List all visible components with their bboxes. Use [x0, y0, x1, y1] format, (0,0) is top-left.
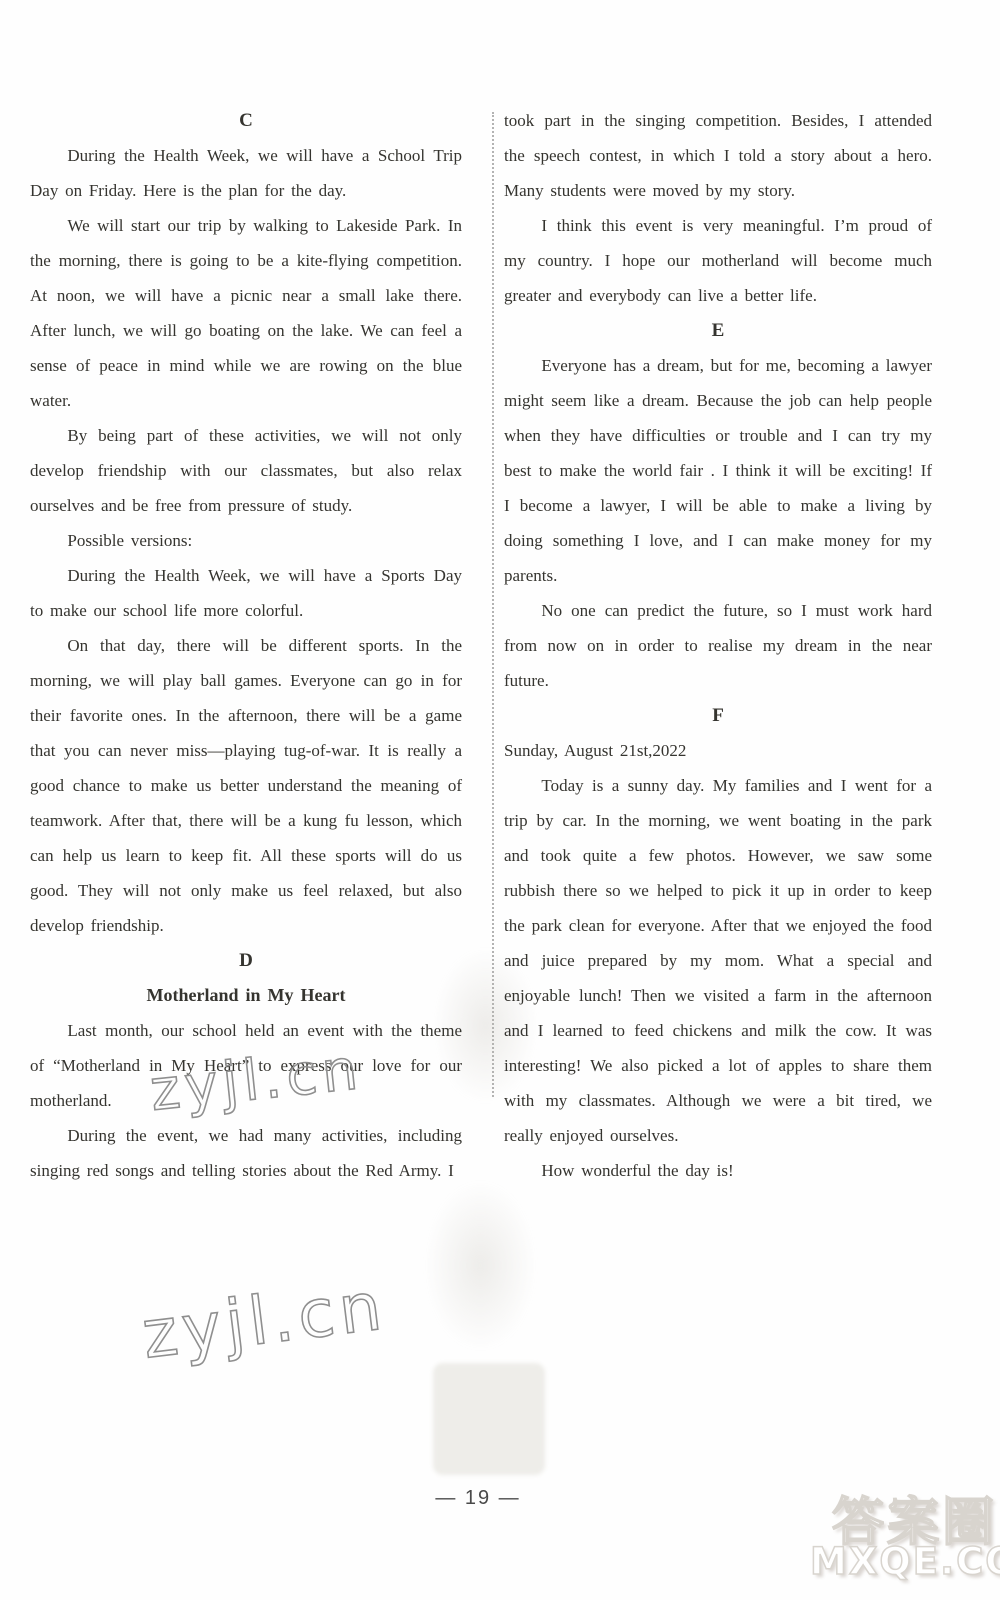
paragraph: During the Health Week, we will have a S…	[30, 558, 462, 628]
right-column: took part in the singing competition. Be…	[504, 103, 932, 1188]
scanned-answer-page: C During the Health Week, we will have a…	[0, 0, 1000, 1600]
paragraph: On that day, there will be different spo…	[30, 628, 462, 943]
diary-date-line: Sunday, August 21st,2022	[504, 733, 932, 768]
stamp-site-url: MXQE.COM	[810, 1540, 1000, 1583]
left-column: C During the Health Week, we will have a…	[30, 103, 462, 1188]
paragraph: We will start our trip by walking to Lak…	[30, 208, 462, 418]
section-heading-e: E	[504, 313, 932, 348]
paragraph: I think this event is very meaningful. I…	[504, 208, 932, 313]
bleed-through-seal-mark	[433, 1363, 545, 1475]
paragraph: During the event, we had many activities…	[30, 1118, 462, 1188]
column-divider-dotted-line	[492, 112, 494, 1097]
paragraph: During the Health Week, we will have a S…	[30, 138, 462, 208]
section-d-title: Motherland in My Heart	[30, 978, 462, 1013]
paragraph-continuation: took part in the singing competition. Be…	[504, 103, 932, 208]
paragraph: No one can predict the future, so I must…	[504, 593, 932, 698]
paragraph: Possible versions:	[30, 523, 462, 558]
section-heading-f: F	[504, 698, 932, 733]
paragraph: Everyone has a dream, but for me, becomi…	[504, 348, 932, 593]
paragraph: By being part of these activities, we wi…	[30, 418, 462, 523]
section-heading-c: C	[30, 103, 462, 138]
section-heading-d: D	[30, 943, 462, 978]
page-number: — 19 —	[0, 1487, 956, 1510]
paragraph: How wonderful the day is!	[504, 1153, 932, 1188]
watermark-zyjl-2: zyjl.cn	[138, 1267, 390, 1373]
paragraph: Today is a sunny day. My families and I …	[504, 768, 932, 1153]
